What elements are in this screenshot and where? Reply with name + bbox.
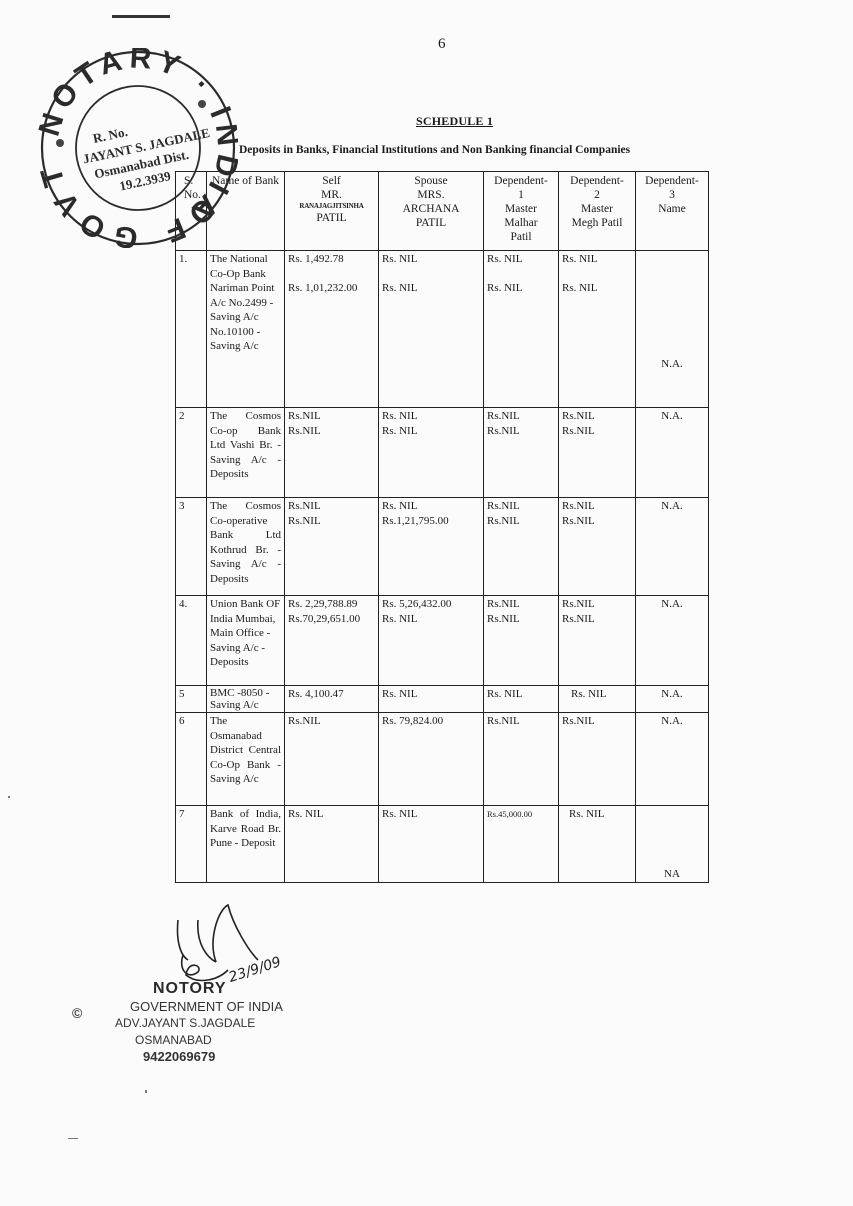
row-self-amount: Rs. 4,100.47 (285, 686, 379, 713)
table-row: 6 The Osmanabad District Central Co-Op B… (176, 713, 709, 806)
row-dependent-1-amount: Rs. NIL (484, 686, 559, 713)
row-bank-name: Union Bank OF India Mumbai, Main Office … (207, 596, 285, 686)
notary-stamp-seal-icon: NOTARY · INDIA OF GOVT R. No. JAYANT S. … (38, 48, 238, 248)
row-dependent-2-amount: Rs.NILRs.NIL (559, 408, 636, 498)
header-spouse: Spouse MRS. ARCHANA PATIL (379, 172, 484, 251)
notary-phone: 9422069679 (143, 1049, 215, 1064)
page-number: 6 (438, 36, 446, 53)
header-self: Self MR. RANAJAGJITSINHA PATIL (285, 172, 379, 251)
row-bank-name: The Osmanabad District Central Co-Op Ban… (207, 713, 285, 806)
stamp-fragment-icon: © (72, 1005, 82, 1021)
row-dependent-1-amount: Rs.NIL (484, 713, 559, 806)
row-spouse-amount: Rs. NILRs. NIL (379, 408, 484, 498)
row-spouse-amount: Rs. 79,824.00 (379, 713, 484, 806)
row-dependent-1-amount: Rs.NILRs.NIL (484, 408, 559, 498)
row-sno: 2 (176, 408, 207, 498)
row-dependent-2-amount: Rs.NILRs.NIL (559, 596, 636, 686)
row-dependent-1-amount: Rs.NILRs.NIL (484, 596, 559, 686)
row-sno: 1. (176, 251, 207, 408)
row-dependent-2-amount: Rs. NILRs. NIL (559, 251, 636, 408)
header-dependent-2: Dependent- 2 Master Megh Patil (559, 172, 636, 251)
row-dependent-2-amount: Rs. NIL (559, 686, 636, 713)
schedule-subtitle: Deposits in Banks, Financial Institution… (239, 144, 630, 156)
row-spouse-amount: Rs. NIL (379, 686, 484, 713)
row-bank-name: The National Co-Op Bank Nariman Point A/… (207, 251, 285, 408)
row-sno: 6 (176, 713, 207, 806)
top-rule (112, 15, 170, 18)
scan-speck (8, 796, 10, 798)
row-dependent-2-amount: Rs.NIL (559, 713, 636, 806)
table-row: 5 BMC -8050 -Saving A/c Rs. 4,100.47 Rs.… (176, 686, 709, 713)
table-row: 3 The Cosmos Co-operative Bank Ltd Kothr… (176, 498, 709, 596)
row-spouse-amount: Rs. 5,26,432.00Rs. NIL (379, 596, 484, 686)
row-dependent-1-amount: Rs. NILRs. NIL (484, 251, 559, 408)
row-dependent-2-amount: Rs. NIL (559, 806, 636, 883)
row-sno: 3 (176, 498, 207, 596)
row-dependent-2-amount: Rs.NILRs.NIL (559, 498, 636, 596)
table-row: 4. Union Bank OF India Mumbai, Main Offi… (176, 596, 709, 686)
row-self-amount: Rs. 2,29,788.89Rs.70,29,651.00 (285, 596, 379, 686)
deposits-table: S. No. Name of Bank Self MR. RANAJAGJITS… (175, 171, 709, 883)
scan-speck (145, 1090, 147, 1093)
row-bank-name: Bank of India, Karve Road Br. Pune - Dep… (207, 806, 285, 883)
row-self-amount: Rs. NIL (285, 806, 379, 883)
table-header-row: S. No. Name of Bank Self MR. RANAJAGJITS… (176, 172, 709, 251)
row-spouse-amount: Rs. NILRs. NIL (379, 251, 484, 408)
notary-city: OSMANABAD (135, 1033, 212, 1047)
row-sno: 5 (176, 686, 207, 713)
row-spouse-amount: Rs. NIL (379, 806, 484, 883)
signature-icon (58, 900, 298, 990)
table-row: 1. The National Co-Op Bank Nariman Point… (176, 251, 709, 408)
notary-government: GOVERNMENT OF INDIA (130, 999, 283, 1014)
row-self-amount: Rs.NILRs.NIL (285, 498, 379, 596)
row-dependent-3-value: N.A. (636, 498, 709, 596)
row-dependent-3-value: N.A. (636, 713, 709, 806)
notary-name: ADV.JAYANT S.JAGDALE (115, 1016, 255, 1030)
row-self-amount: Rs.NILRs.NIL (285, 408, 379, 498)
row-bank-name: BMC -8050 -Saving A/c (207, 686, 285, 713)
row-dependent-3-value: N.A. (636, 251, 709, 408)
row-sno: 4. (176, 596, 207, 686)
row-sno: 7 (176, 806, 207, 883)
notary-stamp: NOTARY · INDIA OF GOVT R. No. JAYANT S. … (38, 48, 238, 248)
row-spouse-amount: Rs. NILRs.1,21,795.00 (379, 498, 484, 596)
table-row: 2 The Cosmos Co-op Bank Ltd Vashi Br. -S… (176, 408, 709, 498)
scan-speck (68, 1138, 78, 1139)
row-dependent-3-value: N.A. (636, 686, 709, 713)
schedule-title: SCHEDULE 1 (416, 114, 493, 129)
row-self-amount: Rs. 1,492.78Rs. 1,01,232.00 (285, 251, 379, 408)
notary-signature-block: 23/9/09 NOTORY GOVERNMENT OF INDIA ADV.J… (58, 900, 298, 1070)
notary-title: NOTORY (153, 980, 227, 998)
row-dependent-3-value: N.A. (636, 596, 709, 686)
row-dependent-1-amount: Rs.NILRs.NIL (484, 498, 559, 596)
row-self-amount: Rs.NIL (285, 713, 379, 806)
row-dependent-3-value: NA (636, 806, 709, 883)
header-dependent-3: Dependent- 3 Name (636, 172, 709, 251)
header-dependent-1: Dependent- 1 Master Malhar Patil (484, 172, 559, 251)
row-bank-name: The Cosmos Co-op Bank Ltd Vashi Br. -Sav… (207, 408, 285, 498)
row-dependent-3-value: N.A. (636, 408, 709, 498)
row-bank-name: The Cosmos Co-operative Bank Ltd Kothrud… (207, 498, 285, 596)
table-row: 7 Bank of India, Karve Road Br. Pune - D… (176, 806, 709, 883)
row-dependent-1-amount: Rs.45,000.00 (484, 806, 559, 883)
